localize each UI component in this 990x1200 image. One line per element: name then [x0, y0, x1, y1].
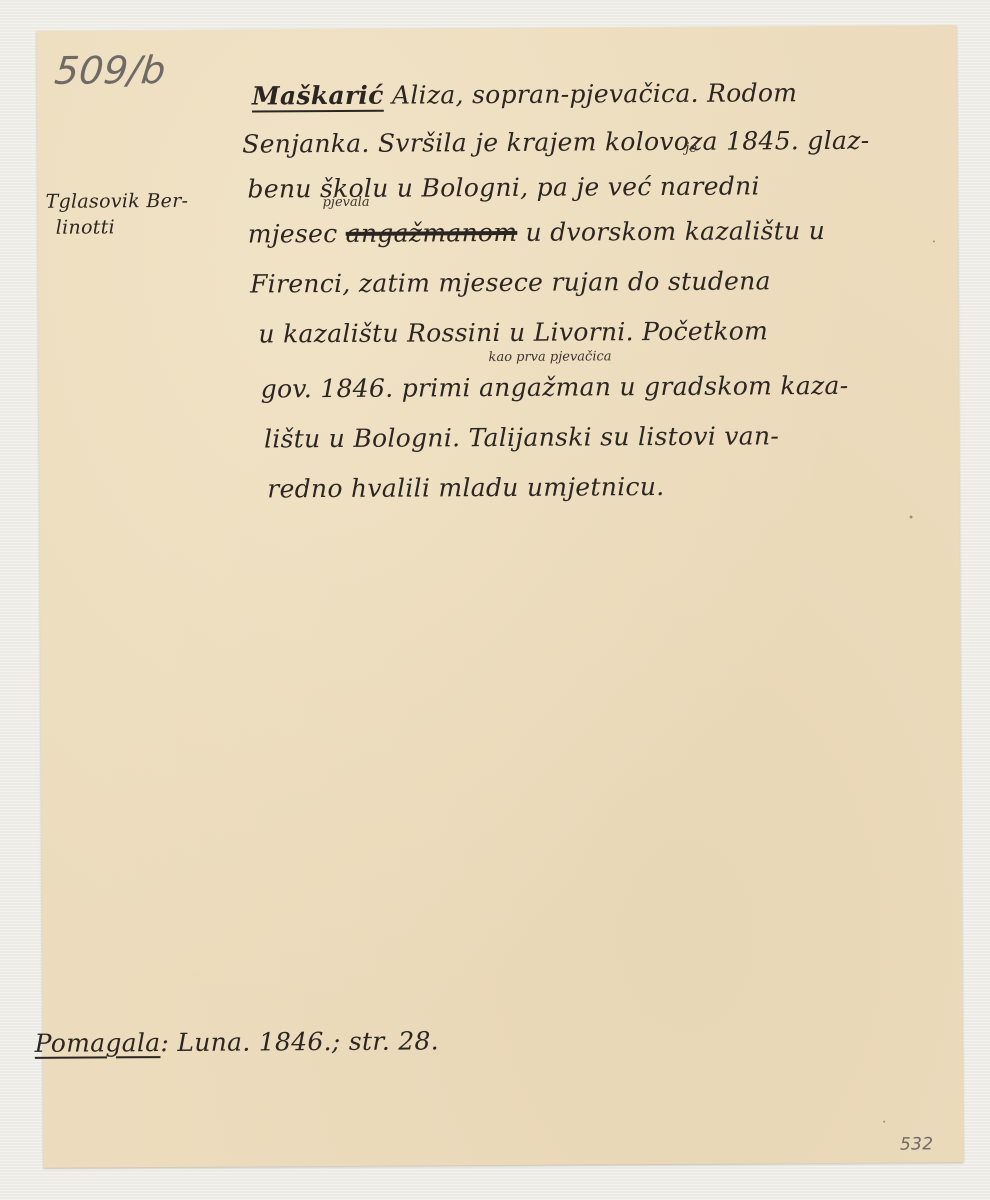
entry-surname: Maškarić [252, 81, 384, 111]
body-line-7: gov. 1846. primi angažman u gradskom kaz… [261, 371, 849, 404]
insertion-je: je [685, 141, 697, 156]
body-line-2: Senjanka. Svršila je krajem kolovoza 184… [242, 126, 869, 159]
paper-spot [883, 1121, 885, 1123]
insertion-kao-prva-pjevacica: kao prva pjevačica [488, 349, 611, 365]
line-4-after: u dvorskom kazalištu u [517, 216, 825, 247]
body-line-8: lištu u Bologni. Talijanski su listovi v… [264, 421, 779, 453]
archive-number: 532 [900, 1134, 933, 1154]
entry-heading-rest: Aliza, sopran-pjevačica. Rodom [384, 78, 798, 110]
index-card: 509/b Tglasovik Ber- linotti Maškarić Al… [37, 25, 964, 1168]
body-line-4: mjesec angažmanom u dvorskom kazalištu u [248, 216, 826, 249]
struck-word: angažmanom [346, 218, 518, 248]
side-note-line-1: Tglasovik Ber- [46, 190, 189, 213]
paper-spot [910, 515, 913, 518]
paper-spot [933, 240, 935, 242]
body-line-9: redno hvalili mladu umjetnicu. [267, 472, 664, 503]
body-line-1: Maškarić Aliza, sopran-pjevačica. Rodom [252, 78, 797, 110]
source-label: Pomagala [35, 1028, 161, 1058]
source-citation: Pomagala: Luna. 1846.; str. 28. [35, 1026, 439, 1057]
side-note-line-2: linotti [56, 216, 115, 238]
line-4-before: mjesec [248, 219, 346, 249]
insertion-pjevala: pjevala [323, 195, 370, 210]
body-line-6: u kazalištu Rossini u Livorni. Početkom [258, 316, 768, 348]
body-line-5: Firenci, zatim mjesece rujan do studena [250, 266, 771, 298]
card-number: 509/b [53, 48, 168, 93]
source-text: : Luna. 1846.; str. 28. [160, 1026, 439, 1057]
